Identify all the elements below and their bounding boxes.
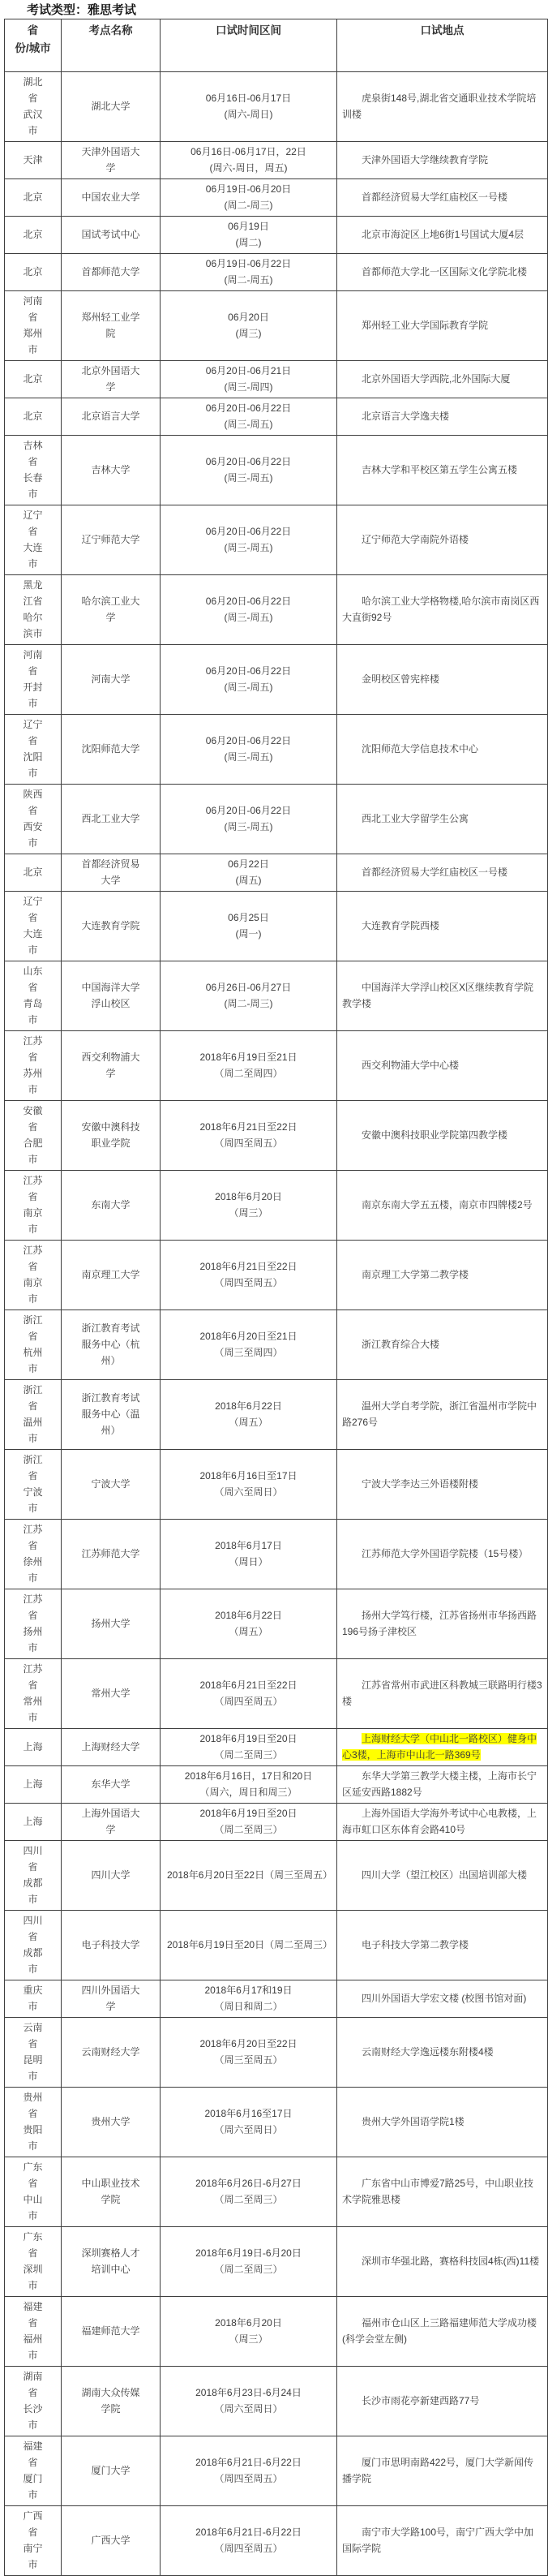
oral-location-cell: 吉林大学和平校区第五学生公寓五楼 [337,436,548,505]
table-row: 辽宁省大连市辽宁师范大学06月20日-06月22日(周三-周五)辽宁师范大学南院… [5,505,548,575]
location-text: 首都经济贸易大学红庙校区一号楼 [362,867,507,878]
oral-location-cell: 东华大学第三教学大楼主楼，上海市长宁区延安西路1882号 [337,1766,548,1804]
table-row: 北京首都师范大学06月19日-06月22日(周二-周五)首都师范大学北一区国际文… [5,254,548,291]
test-center-cell: 北京外国语大学 [62,361,161,398]
province-text: 广西省 [20,2508,45,2540]
city-text: 哈尔滨市 [20,609,45,642]
oral-time-cell: 2018年6月17和19日（周日和周二） [161,1980,337,2018]
table-body: 湖北省武汉市湖北大学06月16日-06月17日(周六-周日)虎泉街148号,湖北… [5,72,548,2576]
oral-location-cell: 温州大学自考学院，浙江省温州市学院中路276号 [337,1380,548,1450]
table-row: 辽宁省沈阳市沈阳师范大学06月20日-06月22日(周三-周五)沈阳师范大学信息… [5,715,548,785]
test-center-cell: 湖南大众传媒学院 [62,2367,161,2436]
oral-time-cell: 2018年6月19日至20日（周二至周三） [161,1729,337,1766]
province-text: 贵州省 [20,2089,45,2122]
oral-time-cell: 2018年6月16至17日（周六至周日） [161,2088,337,2157]
region-cell: 四川省成都市 [5,1841,62,1911]
location-text: 深圳市华强北路，赛格科技园4栋(西)11楼 [362,2256,539,2267]
time-line: （周日） [167,1554,330,1570]
table-row: 北京北京语言大学06月20日-06月22日(周三-周五)北京语言大学逸夫楼 [5,398,548,436]
location-text: 北京语言大学逸夫楼 [362,411,449,422]
city-text: 昆明市 [20,2052,45,2084]
location-text: 虎泉街148号,湖北省交通职业技术学院培训楼 [342,92,536,120]
region-cell: 北京 [5,398,62,436]
city-text: 大连市 [20,540,45,572]
oral-time-cell: 2018年6月20日至21日（周三至周四） [161,1310,337,1380]
oral-location-cell: 宁波大学李达三外语楼附楼 [337,1450,548,1520]
region-cell: 辽宁省大连市 [5,505,62,575]
oral-time-cell: 2018年6月21日至22日（周四至周五） [161,1101,337,1171]
time-line: (周二-周三) [167,197,330,213]
time-line: 06月22日 [167,856,330,872]
oral-time-cell: 2018年6月21日至22日（周四至周五） [161,1659,337,1729]
location-text: 宁波大学李达三外语楼附楼 [362,1478,478,1490]
province-text: 云南省 [20,2019,45,2052]
time-line: （周六，周日和周三） [167,1784,330,1800]
oral-time-cell: 2018年6月19日-6月20日（周二至周三） [161,2227,337,2297]
table-row: 河南省郑州市郑州轻工业学院06月20日(周三)郑州轻工业大学国际教育学院 [5,291,548,361]
oral-time-cell: 06月26日-06月27日(周二-周三) [161,961,337,1031]
table-row: 广东省深圳市深圳赛格人才培训中心2018年6月19日-6月20日（周二至周三）深… [5,2227,548,2297]
time-line: 2018年6月16至17日 [167,2105,330,2122]
city-text: 厦门市 [20,2471,45,2503]
location-text: 浙江教育综合大楼 [362,1339,439,1350]
city-text: 青岛市 [20,996,45,1028]
city-text: 宁波市 [20,1484,45,1516]
oral-time-cell: 06月16日-06月17日，22日(周六-周日，周五) [161,142,337,179]
time-line: （周二至周三） [167,2261,330,2277]
region-cell: 上海 [5,1766,62,1804]
table-row: 北京中国农业大学06月19日-06月20日(周二-周三)首都经济贸易大学红庙校区… [5,179,548,217]
location-text: 沈阳师范大学信息技术中心 [362,743,478,755]
test-center-cell: 浙江教育考试服务中心（杭州） [62,1310,161,1380]
time-line: 2018年6月21日至22日 [167,1258,330,1275]
page: 考试类型：雅思考试 省 份/城市 考点名称 口试时间区间 口试地点 湖北省武汉市… [0,0,548,2576]
time-line: 2018年6月16日至17日 [167,1468,330,1484]
time-line: （周六至周日） [167,2122,330,2138]
oral-time-cell: 06月20日-06月22日(周三-周五) [161,398,337,436]
time-line: 06月20日-06月22日 [167,593,330,609]
oral-time-cell: 06月20日-06月22日(周三-周五) [161,785,337,854]
oral-time-cell: 06月20日-06月22日(周三-周五) [161,645,337,715]
location-text: 首都师范大学北一区国际文化学院北楼 [362,266,527,277]
time-line: （周二至周三） [167,1747,330,1763]
table-row: 北京首都经济贸易大学06月22日(周五)首都经济贸易大学红庙校区一号楼 [5,854,548,892]
oral-location-cell: 四川外国语大学宏文楼 (校图书馆对面) [337,1980,548,2018]
province-text: 天津 [20,152,45,168]
table-row: 北京国试考试中心06月19日(周二)北京市海淀区上地6街1号国试大厦4层 [5,217,548,254]
time-line: （周四至周五） [167,1693,330,1709]
table-row: 浙江省杭州市浙江教育考试服务中心（杭州）2018年6月20日至21日（周三至周四… [5,1310,548,1380]
location-text: 厦门市思明南路422号，厦门大学新闻传播学院 [342,2457,533,2484]
time-line: 2018年6月20日至22日（周三至周五） [167,1867,330,1883]
time-line: (周二) [167,234,330,251]
oral-time-cell: 06月20日-06月22日(周三-周五) [161,505,337,575]
region-cell: 福建省厦门市 [5,2436,62,2506]
region-cell: 河南省开封市 [5,645,62,715]
location-text: 吉林大学和平校区第五学生公寓五楼 [362,464,517,475]
region-cell: 江苏省南京市 [5,1171,62,1241]
province-text: 北京 [20,371,45,387]
table-row: 江苏省苏州市西交利物浦大学2018年6月19日至21日（周二至周四）西交利物浦大… [5,1031,548,1101]
table-row: 江苏省徐州市江苏师范大学2018年6月17日（周日）江苏师范大学外国语学院楼（1… [5,1520,548,1589]
table-row: 重庆市四川外国语大学2018年6月17和19日（周日和周二）四川外国语大学宏文楼… [5,1980,548,2018]
time-line: （周四至周五） [167,1135,330,1151]
city-text: 沈阳市 [20,749,45,781]
oral-time-cell: 2018年6月16日至17日（周六至周日） [161,1450,337,1520]
province-text: 上海 [20,1813,45,1830]
table-row: 山东省青岛市中国海洋大学浮山校区06月26日-06月27日(周二-周三)中国海洋… [5,961,548,1031]
region-cell: 辽宁省沈阳市 [5,715,62,785]
oral-location-cell: 南京理工大学第二教学楼 [337,1241,548,1310]
province-text: 江苏省 [20,1242,45,1275]
time-line: 06月20日-06月22日 [167,663,330,679]
time-line: 2018年6月19日至20日 [167,1805,330,1821]
test-center-cell: 中国海洋大学浮山校区 [62,961,161,1031]
time-line: 06月19日-06月22日 [167,256,330,272]
table-row: 安徽省合肥市安徽中澳科技职业学院2018年6月21日至22日（周四至周五）安徽中… [5,1101,548,1171]
province-text: 黑龙江省 [20,577,45,609]
oral-location-cell: 深圳市华强北路，赛格科技园4栋(西)11楼 [337,2227,548,2297]
location-text: 南京理工大学第二教学楼 [362,1269,469,1280]
time-line: 06月20日 [167,309,330,325]
location-text: 四川外国语大学宏文楼 (校图书馆对面) [362,1993,526,2004]
oral-location-cell: 南京东南大学五五楼，南京市四牌楼2号 [337,1171,548,1241]
oral-time-cell: 06月19日(周二) [161,217,337,254]
location-text: 扬州大学笃行楼，江苏省扬州市华扬西路196号扬子津校区 [342,1610,537,1637]
region-cell: 吉林省长春市 [5,436,62,505]
oral-location-cell: 福州市仓山区上三路福建师范大学成功楼(科学会堂左侧) [337,2297,548,2367]
table-row: 浙江省温州市浙江教育考试服务中心（温州）2018年6月22日（周五）温州大学自考… [5,1380,548,1450]
region-cell: 江苏省苏州市 [5,1031,62,1101]
table-row: 福建省福州市福建师范大学2018年6月20日（周三）福州市仓山区上三路福建师范大… [5,2297,548,2367]
province-text: 江苏省 [20,1172,45,1205]
region-cell: 北京 [5,854,62,892]
test-center-cell: 沈阳师范大学 [62,715,161,785]
oral-location-cell: 浙江教育综合大楼 [337,1310,548,1380]
region-cell: 重庆市 [5,1980,62,2018]
table-row: 吉林省长春市吉林大学06月20日-06月22日(周三-周五)吉林大学和平校区第五… [5,436,548,505]
test-center-cell: 常州大学 [62,1659,161,1729]
oral-location-cell: 北京外国语大学西院,北外国际大厦 [337,361,548,398]
location-text: 北京市海淀区上地6街1号国试大厦4层 [362,229,524,240]
header-location: 口试地点 [337,19,548,72]
city-text: 杭州市 [20,1344,45,1377]
region-cell: 北京 [5,254,62,291]
time-line: 2018年6月16日，17日和20日 [167,1768,330,1784]
test-center-cell: 哈尔滨工业大学 [62,575,161,645]
region-cell: 江苏省扬州市 [5,1589,62,1659]
oral-time-cell: 2018年6月23日-6月24日（周六至周日） [161,2367,337,2436]
province-text: 广东省 [20,2229,45,2261]
test-center-cell: 首都师范大学 [62,254,161,291]
province-text: 上海 [20,1739,45,1755]
location-text: 金明校区曾宪梓楼 [362,673,439,685]
region-cell: 广东省深圳市 [5,2227,62,2297]
time-line: (周六-周日) [167,106,330,123]
oral-time-cell: 2018年6月21日-6月22日（周四至周五） [161,2506,337,2576]
location-text: 天津外国语大学继续教育学院 [362,154,488,166]
location-text: 郑州轻工业大学国际教育学院 [362,320,488,331]
region-cell: 上海 [5,1729,62,1766]
test-center-cell: 宁波大学 [62,1450,161,1520]
city-text: 扬州市 [20,1623,45,1656]
location-text: 西交利物浦大学中心楼 [362,1060,459,1071]
oral-time-cell: 2018年6月20日（周三） [161,1171,337,1241]
test-center-cell: 安徽中澳科技职业学院 [62,1101,161,1171]
city-text: 南宁市 [20,2540,45,2573]
test-center-cell: 中山职业技术学院 [62,2157,161,2227]
region-cell: 北京 [5,217,62,254]
region-cell: 广西省南宁市 [5,2506,62,2576]
test-center-cell: 大连教育学院 [62,892,161,961]
city-text: 大连市 [20,926,45,958]
oral-time-cell: 2018年6月22日（周五） [161,1380,337,1450]
oral-location-cell: 西北工业大学留学生公寓 [337,785,548,854]
table-row: 辽宁省大连市大连教育学院06月25日(周一)大连教育学院西楼 [5,892,548,961]
oral-time-cell: 2018年6月26日-6月27日（周二至周三） [161,2157,337,2227]
time-line: 06月20日-06月22日 [167,733,330,749]
time-line: (周三-周四) [167,379,330,395]
test-center-cell: 广西大学 [62,2506,161,2576]
time-line: (周六-周日，周五) [167,160,330,176]
time-line: 2018年6月19日至20日 [167,1731,330,1747]
time-line: 2018年6月19日至20日（周二至周三） [167,1937,330,1953]
oral-location-cell: 首都师范大学北一区国际文化学院北楼 [337,254,548,291]
city-text: 西安市 [20,819,45,851]
test-center-cell: 国试考试中心 [62,217,161,254]
region-cell: 安徽省合肥市 [5,1101,62,1171]
province-text: 广东省 [20,2159,45,2191]
test-center-cell: 西交利物浦大学 [62,1031,161,1101]
table-row: 浙江省宁波市宁波大学2018年6月16日至17日（周六至周日）宁波大学李达三外语… [5,1450,548,1520]
time-line: 2018年6月19日至21日 [167,1049,330,1065]
location-text: 辽宁师范大学南院外语楼 [362,534,469,545]
region-cell: 陕西省西安市 [5,785,62,854]
table-row: 陕西省西安市西北工业大学06月20日-06月22日(周三-周五)西北工业大学留学… [5,785,548,854]
region-cell: 江苏省徐州市 [5,1520,62,1589]
time-line: 2018年6月22日 [167,1398,330,1414]
region-cell: 广东省中山市 [5,2157,62,2227]
time-line: (周三-周五) [167,609,330,626]
time-line: （周二至周四） [167,1065,330,1082]
test-center-cell: 深圳赛格人才培训中心 [62,2227,161,2297]
oral-time-cell: 2018年6月22日（周五） [161,1589,337,1659]
test-center-cell: 上海外国语大学 [62,1804,161,1841]
oral-time-cell: 2018年6月21日至22日（周四至周五） [161,1241,337,1310]
province-text: 北京 [20,189,45,205]
test-center-cell: 郑州轻工业学院 [62,291,161,361]
city-text: 苏州市 [20,1065,45,1098]
table-row: 江苏省常州市常州大学2018年6月21日至22日（周四至周五）江苏省常州市武进区… [5,1659,548,1729]
location-text: 温州大学自考学院，浙江省温州市学院中路276号 [342,1400,537,1428]
city-text: 成都市 [20,1945,45,1977]
location-text: 贵州大学外国语学院1楼 [362,2116,465,2127]
oral-location-cell: 西交利物浦大学中心楼 [337,1031,548,1101]
table-row: 广东省中山市中山职业技术学院2018年6月26日-6月27日（周二至周三）广东省… [5,2157,548,2227]
oral-location-cell: 北京语言大学逸夫楼 [337,398,548,436]
time-line: 06月16日-06月17日 [167,90,330,106]
region-cell: 福建省福州市 [5,2297,62,2367]
location-text: 云南财经大学逸远楼东附楼4楼 [362,2046,494,2058]
test-center-cell: 江苏师范大学 [62,1520,161,1589]
table-row: 四川省成都市四川大学2018年6月20日至22日（周三至周五）四川大学（望江校区… [5,1841,548,1911]
time-line: （周日和周二） [167,1998,330,2015]
test-center-cell: 东华大学 [62,1766,161,1804]
time-line: （周四至周五） [167,2471,330,2487]
time-line: （周六至周日） [167,1484,330,1500]
oral-time-cell: 06月20日-06月22日(周三-周五) [161,575,337,645]
time-line: (周三) [167,325,330,342]
province-text: 陕西省 [20,786,45,819]
time-line: （周四至周五） [167,2540,330,2557]
time-line: 2018年6月20日 [167,2315,330,2331]
region-cell: 北京 [5,361,62,398]
table-row: 江苏省扬州市扬州大学2018年6月22日（周五）扬州大学笃行楼，江苏省扬州市华扬… [5,1589,548,1659]
table-row: 北京北京外国语大学06月20日-06月21日(周三-周四)北京外国语大学西院,北… [5,361,548,398]
province-text: 吉林省 [20,437,45,470]
region-cell: 天津 [5,142,62,179]
table-row: 四川省成都市电子科技大学2018年6月19日至20日（周二至周三）电子科技大学第… [5,1911,548,1980]
table-row: 上海东华大学2018年6月16日，17日和20日（周六，周日和周三）东华大学第三… [5,1766,548,1804]
time-line: 2018年6月20日至22日 [167,2036,330,2052]
province-text: 江苏省 [20,1591,45,1623]
city-text: 深圳市 [20,2261,45,2294]
city-text: 贵阳市 [20,2122,45,2154]
time-line: 06月20日-06月22日 [167,400,330,416]
oral-location-cell: 中国海洋大学浮山校区X区继续教育学院教学楼 [337,961,548,1031]
province-text: 浙江省 [20,1451,45,1484]
region-cell: 辽宁省大连市 [5,892,62,961]
time-line: 2018年6月22日 [167,1607,330,1623]
test-center-cell: 厦门大学 [62,2436,161,2506]
time-line: （周四至周五） [167,1275,330,1291]
time-line: (周三-周五) [167,470,330,486]
province-text: 江苏省 [20,1521,45,1554]
city-text: 南京市 [20,1275,45,1307]
table-row: 河南省开封市河南大学06月20日-06月22日(周三-周五)金明校区曾宪梓楼 [5,645,548,715]
table-row: 广西省南宁市广西大学2018年6月21日-6月22日（周四至周五）南宁市大学路1… [5,2506,548,2576]
province-text: 山东省 [20,963,45,996]
region-cell: 山东省青岛市 [5,961,62,1031]
oral-time-cell: 2018年6月16日，17日和20日（周六，周日和周三） [161,1766,337,1804]
test-center-cell: 东南大学 [62,1171,161,1241]
city-text: 温州市 [20,1414,45,1447]
oral-location-cell: 云南财经大学逸远楼东附楼4楼 [337,2018,548,2088]
location-text: 哈尔滨工业大学格物楼,哈尔滨市南岗区西大直街92号 [342,596,539,623]
location-text: 首都经济贸易大学红庙校区一号楼 [362,191,507,203]
time-line: (周五) [167,872,330,888]
oral-location-cell: 首都经济贸易大学红庙校区一号楼 [337,854,548,892]
oral-location-cell: 安徽中澳科技职业学院第四教学楼 [337,1101,548,1171]
oral-time-cell: 06月25日(周一) [161,892,337,961]
test-center-cell: 扬州大学 [62,1589,161,1659]
oral-location-cell: 虎泉街148号,湖北省交通职业技术学院培训楼 [337,72,548,142]
table-row: 江苏省南京市东南大学2018年6月20日（周三）南京东南大学五五楼，南京市四牌楼… [5,1171,548,1241]
time-line: (周三-周五) [167,416,330,432]
province-text: 北京 [20,864,45,880]
oral-time-cell: 2018年6月19日至20日（周二至周三） [161,1911,337,1980]
test-center-cell: 天津外国语大学 [62,142,161,179]
province-text: 江苏省 [20,1661,45,1693]
header-row: 省 份/城市 考点名称 口试时间区间 口试地点 [5,19,548,72]
table-row: 湖南省长沙市湖南大众传媒学院2018年6月23日-6月24日（周六至周日）长沙市… [5,2367,548,2436]
location-text: 长沙市雨花亭新建西路77号 [362,2395,479,2406]
city-text: 南京市 [20,1205,45,1237]
time-line: 2018年6月21日-6月22日 [167,2524,330,2540]
table-row: 云南省昆明市云南财经大学2018年6月20日至22日（周三至周五）云南财经大学逸… [5,2018,548,2088]
location-text: 北京外国语大学西院,北外国际大厦 [362,373,510,385]
oral-location-cell: 贵州大学外国语学院1楼 [337,2088,548,2157]
oral-location-cell: 辽宁师范大学南院外语楼 [337,505,548,575]
province-text: 河南省 [20,647,45,679]
location-text-highlighted: 上海财经大学（中山北一路校区）健身中心3楼，上海市中山北一路369号 [342,1733,537,1761]
city-text: 郑州市 [20,325,45,358]
oral-location-cell: 金明校区曾宪梓楼 [337,645,548,715]
oral-location-cell: 大连教育学院西楼 [337,892,548,961]
region-cell: 上海 [5,1804,62,1841]
time-line: （周五） [167,1623,330,1640]
region-cell: 浙江省宁波市 [5,1450,62,1520]
time-line: 2018年6月21日-6月22日 [167,2454,330,2471]
location-text: 东华大学第三教学大楼主楼，上海市长宁区延安西路1882号 [342,1770,537,1798]
oral-time-cell: 06月19日-06月22日(周二-周五) [161,254,337,291]
location-text: 广东省中山市博爱7路25号，中山职业技术学院雅思楼 [342,2178,533,2205]
oral-location-cell: 长沙市雨花亭新建西路77号 [337,2367,548,2436]
time-line: (周三-周五) [167,749,330,765]
test-center-cell: 四川外国语大学 [62,1980,161,2018]
region-cell: 江苏省常州市 [5,1659,62,1729]
region-cell: 浙江省杭州市 [5,1310,62,1380]
time-line: （周五） [167,1414,330,1430]
time-line: （周三） [167,2331,330,2347]
time-line: 2018年6月21日至22日 [167,1677,330,1693]
time-line: (周三-周五) [167,679,330,695]
region-cell: 北京 [5,179,62,217]
oral-location-cell: 沈阳师范大学信息技术中心 [337,715,548,785]
province-text: 上海 [20,1776,45,1792]
time-line: 06月20日-06月22日 [167,454,330,470]
table-row: 黑龙江省哈尔滨市哈尔滨工业大学06月20日-06月22日(周三-周五)哈尔滨工业… [5,575,548,645]
location-text: 西北工业大学留学生公寓 [362,813,469,824]
oral-time-cell: 06月22日(周五) [161,854,337,892]
time-line: 06月25日 [167,910,330,926]
location-text: 电子科技大学第二教学楼 [362,1939,469,1950]
city-text: 成都市 [20,1875,45,1907]
time-line: 06月26日-06月27日 [167,979,330,996]
test-center-cell: 贵州大学 [62,2088,161,2157]
region-cell: 贵州省贵阳市 [5,2088,62,2157]
page-title: 考试类型：雅思考试 [0,0,548,19]
oral-time-cell: 06月16日-06月17日(周六-周日) [161,72,337,142]
oral-location-cell: 四川大学（望江校区）出国培训部大楼 [337,1841,548,1911]
time-line: 2018年6月23日-6月24日 [167,2385,330,2401]
oral-time-cell: 06月20日-06月21日(周三-周四) [161,361,337,398]
region-cell: 湖北省武汉市 [5,72,62,142]
region-cell: 江苏省南京市 [5,1241,62,1310]
city-text: 合肥市 [20,1135,45,1168]
exam-schedule-table: 省 份/城市 考点名称 口试时间区间 口试地点 湖北省武汉市湖北大学06月16日… [4,19,548,2576]
oral-location-cell: 哈尔滨工业大学格物楼,哈尔滨市南岗区西大直街92号 [337,575,548,645]
location-text: 大连教育学院西楼 [362,920,439,931]
location-text: 江苏师范大学外国语学院楼（15号楼） [362,1548,528,1559]
oral-time-cell: 2018年6月20日至22日（周三至周五） [161,2018,337,2088]
region-cell: 河南省郑州市 [5,291,62,361]
time-line: （周二至周三） [167,1821,330,1838]
oral-time-cell: 06月19日-06月20日(周二-周三) [161,179,337,217]
region-cell: 四川省成都市 [5,1911,62,1980]
oral-time-cell: 2018年6月17日（周日） [161,1520,337,1589]
oral-time-cell: 2018年6月20日至22日（周三至周五） [161,1841,337,1911]
